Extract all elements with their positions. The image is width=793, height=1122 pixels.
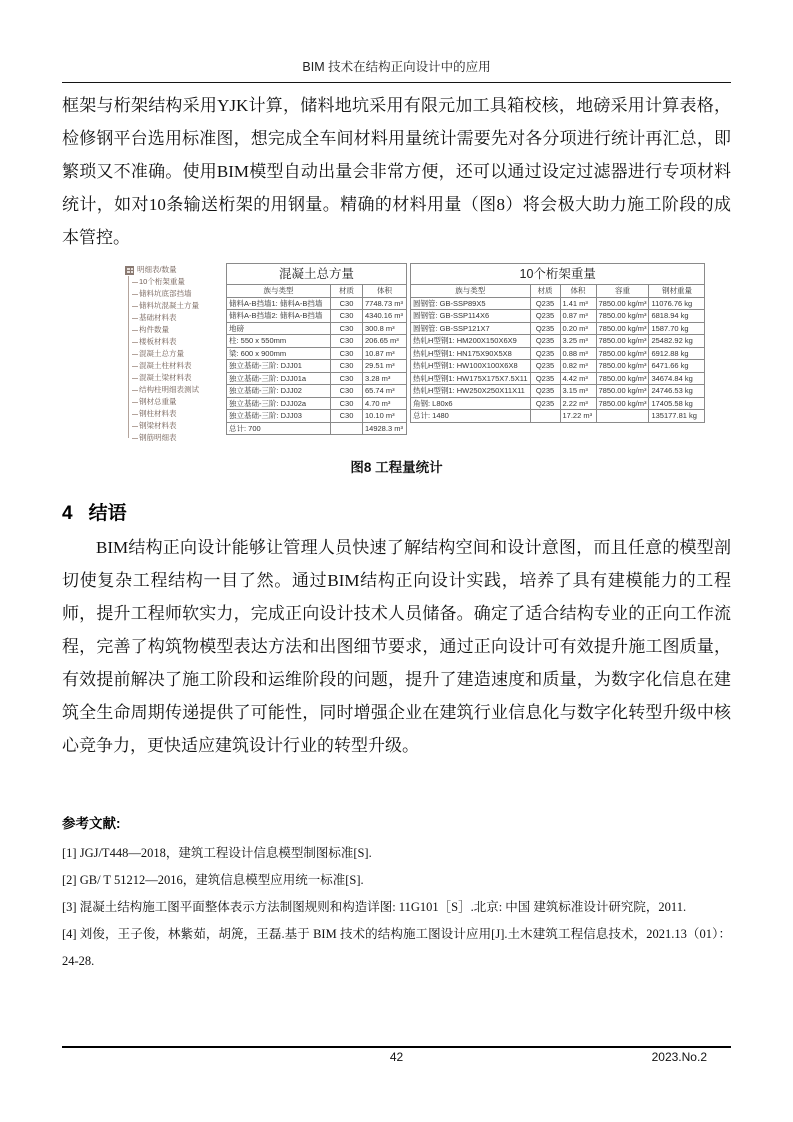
table-row: 储料A-B挡墙2: 储料A-B挡墙C304340.16 m³ xyxy=(227,310,407,323)
concrete-volume-table: 混凝土总方量族与类型材质体积储料A-B挡墙1: 储料A-B挡墙C307748.7… xyxy=(226,263,407,435)
table-cell: C30 xyxy=(331,322,363,335)
section-heading: 4结语 xyxy=(62,498,731,525)
table-cell: 独立基础-三阶: DJJ01 xyxy=(227,360,331,373)
table-cell: Q235 xyxy=(530,372,560,385)
table-cell: 圆钢管: GB-SSP89X5 xyxy=(411,297,531,310)
table-cell: 6818.94 kg xyxy=(649,310,705,323)
table-cell: 4.70 m³ xyxy=(363,397,407,410)
table-row: 圆钢管: GB-SSP89X5Q2351.41 m³7850.00 kg/m³1… xyxy=(411,297,705,310)
table-cell: Q235 xyxy=(530,397,560,410)
tree-item: 10个桁架重量 xyxy=(129,276,226,288)
tree-item: 结构柱明细表测试 xyxy=(129,384,226,396)
table-cell: 6471.66 kg xyxy=(649,360,705,373)
schedule-tree-panel: 明细表/数量 10个桁架重量储料坑底部挡墙储料坑混凝土方量基础材料表构件数量楼板… xyxy=(125,263,226,444)
table-cell: 总计: 1480 xyxy=(411,410,531,423)
table-row: 角钢: L80x6Q2352.22 m³7850.00 kg/m³17405.5… xyxy=(411,397,705,410)
table-cell: 地磅 xyxy=(227,322,331,335)
table-cell: 储料A-B挡墙1: 储料A-B挡墙 xyxy=(227,297,331,310)
table-cell: 7850.00 kg/m³ xyxy=(596,347,649,360)
table-cell: 热轧H型钢1: HM200X150X6X9 xyxy=(411,335,531,348)
table-cell: 25482.92 kg xyxy=(649,335,705,348)
tree-item: 储料坑底部挡墙 xyxy=(129,288,226,300)
table-cell: 7748.73 m³ xyxy=(363,297,407,310)
table-cell: 65.74 m³ xyxy=(363,385,407,398)
table-cell: 独立基础-三阶: DJJ03 xyxy=(227,410,331,423)
table-row: 圆钢管: GB-SSP114X6Q2350.87 m³7850.00 kg/m³… xyxy=(411,310,705,323)
table-row: 独立基础-三阶: DJJ02C3065.74 m³ xyxy=(227,385,407,398)
table-cell: 0.20 m³ xyxy=(560,322,596,335)
page-number: 42 xyxy=(62,1050,731,1064)
table-cell: 热轧H型钢1: HW175X175X7.5X11 xyxy=(411,372,531,385)
table-cell: 热轧H型钢1: HW100X100X6X8 xyxy=(411,360,531,373)
tree-item: 楼板材料表 xyxy=(129,336,226,348)
table-cell: 圆钢管: GB-SSP114X6 xyxy=(411,310,531,323)
table-cell: 29.51 m³ xyxy=(363,360,407,373)
table-cell: 2.22 m³ xyxy=(560,397,596,410)
table-cell: 圆钢管: GB-SSP121X7 xyxy=(411,322,531,335)
table-cell: 角钢: L80x6 xyxy=(411,397,531,410)
table-cell: 7850.00 kg/m³ xyxy=(596,297,649,310)
column-header: 材质 xyxy=(331,285,363,298)
table-cell: 7850.00 kg/m³ xyxy=(596,397,649,410)
running-header: BIM 技术在结构正向设计中的应用 xyxy=(62,0,731,75)
table-cell: 7850.00 kg/m³ xyxy=(596,310,649,323)
table-row: 热轧H型钢1: HM200X150X6X9Q2353.25 m³7850.00 … xyxy=(411,335,705,348)
table-cell: C30 xyxy=(331,397,363,410)
schedule-grid-icon xyxy=(125,266,134,275)
table-row: 热轧H型钢1: HW250X250X11X11Q2353.15 m³7850.0… xyxy=(411,385,705,398)
table-cell: 300.8 m³ xyxy=(363,322,407,335)
table-cell: Q235 xyxy=(530,360,560,373)
paper-page: BIM 技术在结构正向设计中的应用 框架与桁架结构采用YJK计算，储料地坑采用有… xyxy=(0,0,793,1122)
table-row: 地磅C30300.8 m³ xyxy=(227,322,407,335)
table-cell: Q235 xyxy=(530,347,560,360)
table-cell: 10.87 m³ xyxy=(363,347,407,360)
references-heading: 参考文献: xyxy=(62,812,731,832)
table-row: 梁: 600 x 900mmC3010.87 m³ xyxy=(227,347,407,360)
table-row: 独立基础-三阶: DJJ01aC303.28 m³ xyxy=(227,372,407,385)
footer-rule xyxy=(62,1046,731,1048)
footer-row: 42 2023.No.2 xyxy=(62,1050,731,1070)
tree-item: 基础材料表 xyxy=(129,312,226,324)
tree-item: 混凝土总方量 xyxy=(129,348,226,360)
table-cell: 4340.16 m³ xyxy=(363,310,407,323)
table-cell: 135177.81 kg xyxy=(649,410,705,423)
tree-root-label: 明细表/数量 xyxy=(137,264,177,276)
table-cell: 7850.00 kg/m³ xyxy=(596,360,649,373)
references-section: 参考文献: [1] JGJ/T448—2018，建筑工程设计信息模型制图标准[S… xyxy=(62,812,731,975)
table-cell: 14928.3 m³ xyxy=(363,422,407,435)
reference-item: [1] JGJ/T448—2018，建筑工程设计信息模型制图标准[S]. xyxy=(62,840,731,867)
table-cell xyxy=(530,410,560,423)
table-cell: 7850.00 kg/m³ xyxy=(596,335,649,348)
table-header-row: 族与类型材质体积 xyxy=(227,285,407,298)
table-cell: 24746.53 kg xyxy=(649,385,705,398)
table-cell: C30 xyxy=(331,410,363,423)
table-cell: 总计: 700 xyxy=(227,422,331,435)
table-row: 热轧H型钢1: HN175X90X5X8Q2350.88 m³7850.00 k… xyxy=(411,347,705,360)
tree-item: 钢柱材料表 xyxy=(129,408,226,420)
concrete-volume-table-title: 混凝土总方量 xyxy=(227,264,407,285)
tree-item: 混凝土梁材料表 xyxy=(129,372,226,384)
table-cell: 0.87 m³ xyxy=(560,310,596,323)
tree-item: 混凝土柱材料表 xyxy=(129,360,226,372)
paragraph-2: BIM结构正向设计能够让管理人员快速了解结构空间和设计意图，而且任意的模型剖切使… xyxy=(62,531,731,762)
table-cell: 储料A-B挡墙2: 储料A-B挡墙 xyxy=(227,310,331,323)
table-cell: 1587.70 kg xyxy=(649,322,705,335)
tree-item: 构件数量 xyxy=(129,324,226,336)
paragraph-1: 框架与桁架结构采用YJK计算，储料地坑采用有限元加工具箱校核，地磅采用计算表格，… xyxy=(62,89,731,254)
references-list: [1] JGJ/T448—2018，建筑工程设计信息模型制图标准[S].[2] … xyxy=(62,840,731,975)
tree-item: 储料坑混凝土方量 xyxy=(129,300,226,312)
table-cell: 7850.00 kg/m³ xyxy=(596,322,649,335)
truss-weight-table: 10个桁架重量族与类型材质体积容重钢材重量圆钢管: GB-SSP89X5Q235… xyxy=(410,263,705,423)
page-footer: 42 2023.No.2 xyxy=(62,1046,731,1070)
table-row: 独立基础-三阶: DJJ03C3010.10 m³ xyxy=(227,410,407,423)
table-row: 独立基础-三阶: DJJ01C3029.51 m³ xyxy=(227,360,407,373)
column-header: 材质 xyxy=(530,285,560,298)
table-cell: 0.88 m³ xyxy=(560,347,596,360)
table-cell: 1.41 m³ xyxy=(560,297,596,310)
table-cell xyxy=(331,422,363,435)
table-cell: 0.82 m³ xyxy=(560,360,596,373)
table-row: 热轧H型钢1: HW175X175X7.5X11Q2354.42 m³7850.… xyxy=(411,372,705,385)
table-cell: 柱: 550 x 550mm xyxy=(227,335,331,348)
header-rule xyxy=(62,82,731,83)
table-cell: Q235 xyxy=(530,335,560,348)
table-cell: 热轧H型钢1: HW250X250X11X11 xyxy=(411,385,531,398)
column-header: 钢材重量 xyxy=(649,285,705,298)
table-cell: 3.25 m³ xyxy=(560,335,596,348)
table-cell: 17405.58 kg xyxy=(649,397,705,410)
table-cell: 独立基础-三阶: DJJ02a xyxy=(227,397,331,410)
table-cell: Q235 xyxy=(530,385,560,398)
table-cell: C30 xyxy=(331,347,363,360)
table-row: 柱: 550 x 550mmC30206.65 m³ xyxy=(227,335,407,348)
table-header-row: 族与类型材质体积容重钢材重量 xyxy=(411,285,705,298)
issue-label: 2023.No.2 xyxy=(652,1050,707,1064)
tree-root: 明细表/数量 xyxy=(125,264,226,276)
figure-8: 明细表/数量 10个桁架重量储料坑底部挡墙储料坑混凝土方量基础材料表构件数量楼板… xyxy=(125,263,731,444)
table-row: 总计: 70014928.3 m³ xyxy=(227,422,407,435)
table-cell: 4.42 m³ xyxy=(560,372,596,385)
table-cell: 34674.84 kg xyxy=(649,372,705,385)
table-cell: 7850.00 kg/m³ xyxy=(596,372,649,385)
table-cell xyxy=(596,410,649,423)
table-cell: 11076.76 kg xyxy=(649,297,705,310)
table-cell: C30 xyxy=(331,372,363,385)
table-cell: Q235 xyxy=(530,297,560,310)
section-number: 4 xyxy=(62,503,73,524)
column-header: 体积 xyxy=(363,285,407,298)
tree-item: 钢梁材料表 xyxy=(129,420,226,432)
table-cell: C30 xyxy=(331,310,363,323)
table-cell: 10.10 m³ xyxy=(363,410,407,423)
table-cell: C30 xyxy=(331,335,363,348)
table-row: 储料A-B挡墙1: 储料A-B挡墙C307748.73 m³ xyxy=(227,297,407,310)
table-cell: C30 xyxy=(331,385,363,398)
column-header: 体积 xyxy=(560,285,596,298)
table-cell: C30 xyxy=(331,360,363,373)
column-header: 容重 xyxy=(596,285,649,298)
truss-weight-table-title: 10个桁架重量 xyxy=(411,264,705,285)
reference-item: [4] 刘俊，王子俊，林紫茹，胡箎，王磊.基于 BIM 技术的结构施工图设计应用… xyxy=(62,921,731,975)
table-cell: Q235 xyxy=(530,310,560,323)
column-header: 族与类型 xyxy=(227,285,331,298)
table-cell: C30 xyxy=(331,297,363,310)
table-row: 圆钢管: GB-SSP121X7Q2350.20 m³7850.00 kg/m³… xyxy=(411,322,705,335)
table-cell: 独立基础-三阶: DJJ01a xyxy=(227,372,331,385)
table-cell: 3.28 m³ xyxy=(363,372,407,385)
tree-item: 钢筋明细表 xyxy=(129,432,226,444)
table-cell: 206.65 m³ xyxy=(363,335,407,348)
reference-item: [2] GB/ T 51212—2016，建筑信息模型应用统一标准[S]. xyxy=(62,867,731,894)
table-cell: Q235 xyxy=(530,322,560,335)
table-row: 独立基础-三阶: DJJ02aC304.70 m³ xyxy=(227,397,407,410)
table-cell: 热轧H型钢1: HN175X90X5X8 xyxy=(411,347,531,360)
figure-caption: 图8 工程量统计 xyxy=(62,456,731,476)
tree-list: 10个桁架重量储料坑底部挡墙储料坑混凝土方量基础材料表构件数量楼板材料表混凝土总… xyxy=(125,276,226,444)
section-title: 结语 xyxy=(89,503,127,524)
table-cell: 17.22 m³ xyxy=(560,410,596,423)
tree-item: 钢材总重量 xyxy=(129,396,226,408)
table-cell: 独立基础-三阶: DJJ02 xyxy=(227,385,331,398)
column-header: 族与类型 xyxy=(411,285,531,298)
table-row: 总计: 148017.22 m³135177.81 kg xyxy=(411,410,705,423)
table-cell: 3.15 m³ xyxy=(560,385,596,398)
reference-item: [3] 混凝土结构施工图平面整体表示方法制图规则和构造详图: 11G101［S］… xyxy=(62,894,731,921)
table-cell: 6912.88 kg xyxy=(649,347,705,360)
table-row: 热轧H型钢1: HW100X100X6X8Q2350.82 m³7850.00 … xyxy=(411,360,705,373)
table-cell: 7850.00 kg/m³ xyxy=(596,385,649,398)
table-cell: 梁: 600 x 900mm xyxy=(227,347,331,360)
